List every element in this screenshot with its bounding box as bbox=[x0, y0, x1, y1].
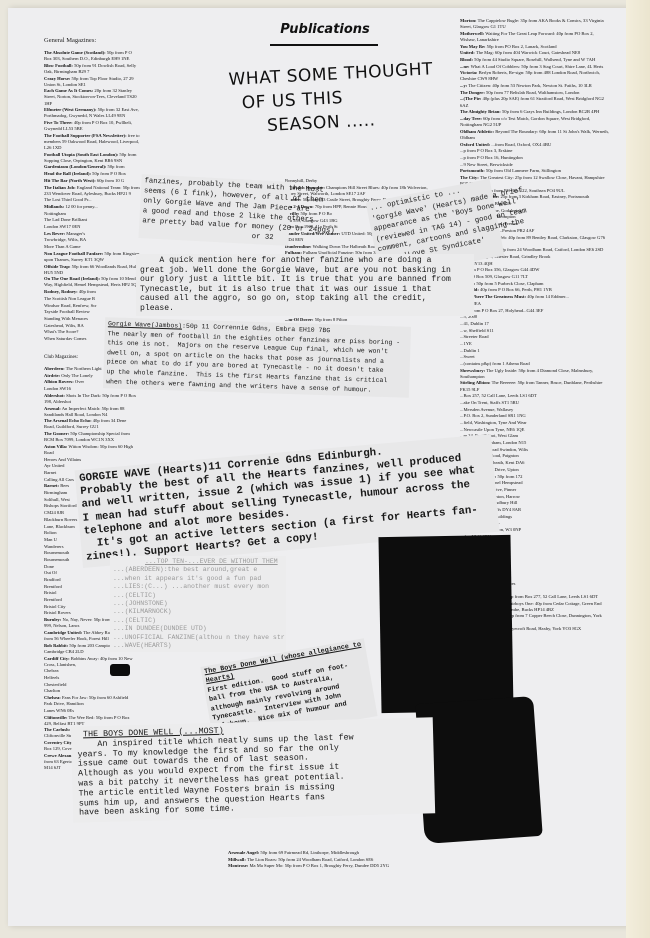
listing-entry: ...field, Washington, Tyne And Wear bbox=[460, 420, 610, 426]
listing-entry: The Almighty Brian: 50p from 6 Grays Inn… bbox=[460, 109, 610, 115]
clipping-gorgie-wave-jambos: Gorgie Wave(Jambos):50p 11 Corrennie Gdn… bbox=[103, 317, 411, 398]
general-magazines-list: The Absolute Game (Scotland): 50p from P… bbox=[44, 50, 140, 340]
listing-entry: ...p from P O Box 356, Glasgow G44 4DW bbox=[460, 267, 610, 273]
listing-entry: You May Be: 50p from PO Box 2, Lanark, S… bbox=[460, 44, 610, 50]
listing-entry: Morton: The Cappielow Bugle: 35p from AK… bbox=[460, 18, 610, 30]
listing-entry: Motherwell: Waiting For The Great Leap F… bbox=[460, 31, 610, 43]
clipping-quick-mention: A quick mention here for another fanzine… bbox=[136, 254, 474, 316]
listing-entry: Blood: 50p from 44 Studio Square, Rosehi… bbox=[460, 57, 610, 63]
listing-entry: United: The Mag: 60p from 404 Warwick Co… bbox=[460, 50, 610, 56]
listing-entry: Lanes WN6 0Es bbox=[44, 708, 136, 714]
listing-entry: ...Streeter Road bbox=[460, 334, 610, 340]
listing-entry: ...30p from P O Box 27, Holyhead...G44 3… bbox=[460, 308, 610, 314]
listing-entry: Crazy Horse: 50p from Top Floor Studio, … bbox=[44, 76, 140, 88]
listing-entry: ...41, Dublin 17 bbox=[460, 321, 610, 327]
handwritten-caption: WHAT SOME THOUGHT OF US THIS SEASON ....… bbox=[228, 57, 436, 140]
listing-entry: ...1YE bbox=[460, 341, 610, 347]
listing-entry: Arsenale Angel: 50p from 69 Fairmead Rd,… bbox=[228, 850, 408, 856]
clipping-line: ...WAVE(HEARTS) bbox=[113, 642, 283, 650]
title-rule bbox=[270, 44, 378, 46]
listing-entry: Heroes And Villains bbox=[44, 457, 136, 463]
listing-entry: More Than A Game bbox=[44, 244, 140, 250]
listing-entry: ...m P O Box 509, Glasgow G11 7LT bbox=[460, 274, 610, 280]
clipping-line: ...when it appears it's good a fun pad bbox=[113, 575, 283, 583]
general-magazines-heading: General Magazines: bbox=[44, 37, 96, 44]
ink-blot bbox=[415, 696, 542, 844]
clipping-line: ...(CELTIC) bbox=[113, 592, 283, 600]
listing-entry: Portsmouth: 50p from Old Lanmere Farm, S… bbox=[460, 168, 610, 174]
listing-entry: ...w, Sheffield S11 bbox=[460, 328, 610, 334]
listing-entry: Elfmeter (West Germany): 50p from 32 Eas… bbox=[44, 107, 140, 119]
clipping-line: ...(JOHNSTONE) bbox=[113, 600, 283, 608]
listing-entry: The Football Supporter (FSA Newsletter):… bbox=[44, 133, 140, 151]
clipping-line: ...LIES:(C...) ...another must every mon bbox=[113, 583, 283, 591]
ink-blot bbox=[110, 664, 130, 676]
listing-entry: The Italian Job: England National Team: … bbox=[44, 185, 140, 197]
clipping-line: our glory just a little bit. It is true … bbox=[140, 275, 470, 285]
listing-entry: Hit The Bar (North West): 60p from 10 G bbox=[44, 178, 140, 184]
clipping-inspired-title: THE BOYS DONE WELL (...MOST) An inspired… bbox=[71, 717, 435, 823]
listing-entry: Gardeniasm (London/General): 50p from bbox=[44, 164, 140, 170]
listing-entry: The Lad Done Brilliant bbox=[44, 217, 140, 223]
listing-entry: ...ake On Trent, Staffs ST1 5RU bbox=[460, 400, 610, 406]
listing-entry: Bonnyhill, Derby bbox=[285, 178, 435, 184]
listing-entry: On The One Road (Ireland): 50p from 10 M… bbox=[44, 276, 140, 288]
club-magazines-heading: Club Magazines: bbox=[44, 355, 78, 361]
listing-entry: The Lost Third Good Pr... bbox=[44, 197, 140, 203]
listing-entry: Non League Football Fanfare: 50p from Ki… bbox=[44, 251, 140, 263]
clipping-line: caused all the aggro, so go on, stop tak… bbox=[140, 294, 470, 304]
listing-entry: ...P.O. Box 2, Sunderland SR1 1NG bbox=[460, 413, 610, 419]
listing-entry: Head the Ball (Ireland): 50p from P O Bo… bbox=[44, 171, 140, 177]
listing-entry: The Absolute Game (Scotland): 50p from P… bbox=[44, 50, 140, 62]
listing-entry: ...ne: What A Load Of Cobblers: 50p from… bbox=[460, 64, 610, 70]
listing-entry: London SW17 0EN bbox=[44, 224, 140, 230]
listing-entry: Charlton bbox=[44, 688, 136, 694]
clipping-line: please. bbox=[140, 304, 470, 314]
listing-entry: ...p from P O Box 3, Erskine bbox=[460, 148, 610, 154]
clipping-line: ...IN DUNDEE(DUNDEE UTD) bbox=[113, 625, 283, 633]
listing-entry: Aston Villa: Witton Wisdom: 50p from 60 … bbox=[44, 444, 136, 456]
listing-entry: ...m-Of Dover: 50p from 8 Pilton bbox=[285, 317, 435, 323]
listing-entry: Football Utopia (South East London): 50p… bbox=[44, 152, 140, 164]
listing-entry: ...Box 257, 52 Call Lane, Leeds LS1 6DT bbox=[460, 393, 610, 399]
listing-entry: The Arsenal Echo Echo: 40p from 34 Dene … bbox=[44, 418, 136, 430]
ink-blot bbox=[378, 535, 513, 713]
clipping-line: ...(KILMARNOCK) bbox=[113, 608, 283, 616]
listing-entry: Stirling Albion: The Beeeeee: 50p from T… bbox=[460, 380, 610, 392]
listing-entry: Arsenal: An Imperfect Match: 50p from 88… bbox=[44, 406, 136, 418]
listing-entry: ...5, 2000 bbox=[460, 314, 610, 320]
listing-entry: The Scottish Non League R bbox=[44, 296, 140, 302]
listing-entry: ...rom SY13 4QH bbox=[460, 261, 610, 267]
listing-entry: Oldham Athletic: Beyond The Boundary: 60… bbox=[460, 129, 610, 141]
listing-entry: ...G78 2EA bbox=[460, 301, 610, 307]
listing-entry: Les Bever: Manager's bbox=[44, 231, 140, 237]
listing-entry: Chesterfield bbox=[44, 682, 136, 688]
listing-entry: Aldershot: Shots In The Dark: 50p from P… bbox=[44, 393, 136, 405]
clipping-fanzines-partial: fanzines, probably the team with the mos… bbox=[138, 174, 291, 246]
clipping-line: Tynecastle, but it is also true that it … bbox=[140, 285, 470, 295]
listing-entry: ...(The Pie: 40p (plus 20p SAE) from 61 … bbox=[460, 96, 610, 108]
listing-entry: Millwall: The Lion Roars: 50p from 24 Wo… bbox=[228, 857, 408, 863]
clipping-line: great job. Well done the Gorgie Wave, bu… bbox=[140, 266, 470, 276]
listing-entry: ...9 New Street, Berwickside bbox=[460, 162, 610, 168]
bottom-listings: Arsenale Angel: 50p from 69 Fairmead Rd,… bbox=[228, 850, 408, 870]
listing-entry: Offside Trap: 50p from 66 Woodlands Road… bbox=[44, 264, 140, 276]
listing-entry: ...p from P O Box 16, Huntingdon bbox=[460, 155, 610, 161]
listing-entry: Rodney, Rodney: 40p from bbox=[44, 289, 140, 295]
listing-entry: ...erald: 50p from 5 Purbeck Close, Clap… bbox=[460, 281, 610, 287]
clipping-faded-top-ten: ...TOP TEN-...EVER DE WITHOUT THEM ...(A… bbox=[110, 556, 286, 652]
listing-entry: Montrose: Ma Ma Super Mo: 50p from P O B… bbox=[228, 863, 408, 869]
listing-entry: ...ere Where The Greatness Must: 40p fro… bbox=[460, 294, 610, 300]
listing-entry: Victoria: Berlyn Roberts, Re-sign: 50p f… bbox=[460, 70, 610, 82]
listing-entry: ...Mersden Avenue, Wallasey bbox=[460, 407, 610, 413]
listing-entry: ...Sweet bbox=[460, 354, 610, 360]
review-title: Gorgie Wave(Jambos) bbox=[108, 320, 182, 329]
listing-entry: ...(contains p&p) from 1 Athena Road bbox=[460, 361, 610, 367]
listing-entry: Windsor Road, Renfrew, Scr bbox=[44, 303, 140, 309]
page-edge bbox=[626, 0, 650, 938]
list-title: ...TOP TEN-...EVER DE WITHOUT THEM bbox=[113, 558, 283, 566]
listing-entry: ...Newcastle Upon Tyne, NE6 1QE bbox=[460, 427, 610, 433]
listing-entry: ...Dublin 1 bbox=[460, 348, 610, 354]
listing-entry: The Donger: 50p from 77 Beltslab Road, W… bbox=[460, 90, 610, 96]
listing-entry: Sheffield: 40p from P O Box 66, Perth, P… bbox=[460, 287, 610, 293]
listing-entry: Midlands: 12 00 for penny... bbox=[44, 204, 140, 210]
listing-entry: Tayside Football Review bbox=[44, 309, 140, 315]
clipping-line: A quick mention here for another fanzine… bbox=[140, 256, 470, 266]
listing-entry: Nottingham bbox=[44, 211, 140, 217]
listing-entry: ...day Tree: 60p from c/o Test Match, Go… bbox=[460, 116, 610, 128]
listing-entry: Each Game As It Comes: 20p from 32 Stanl… bbox=[44, 88, 140, 106]
listing-entry: Chelsea: Fans For Jaw: 50p from 60 Ashfi… bbox=[44, 695, 136, 707]
listing-entry: Shrewsbury: The Ugly Inside: 50p from 4 … bbox=[460, 368, 610, 380]
clipping-line: ...UNOFFICIAL FANZINE(althou n they have… bbox=[113, 634, 283, 642]
listing-entry: Trowbridge, Wilts, BA bbox=[44, 237, 140, 243]
listing-entry: Oxford United: ...from Road, Oxford, OX4… bbox=[460, 142, 610, 148]
listing-entry: ...y: The Citizen: 40p from 53 Newton Pa… bbox=[460, 83, 610, 89]
listing-entry: Five To Three: 40p from P O Box 10, Pwll… bbox=[44, 120, 140, 132]
clipping-line: ...(CELTIC) bbox=[113, 617, 283, 625]
listing-entry: The Gooner: 50p Championship Special fro… bbox=[44, 431, 136, 443]
listing-entry: Blow Football: 50p from 91 Dowlish Road,… bbox=[44, 63, 140, 75]
clipping-line: ...(ABERDEEN):the best around,great e bbox=[113, 566, 283, 574]
